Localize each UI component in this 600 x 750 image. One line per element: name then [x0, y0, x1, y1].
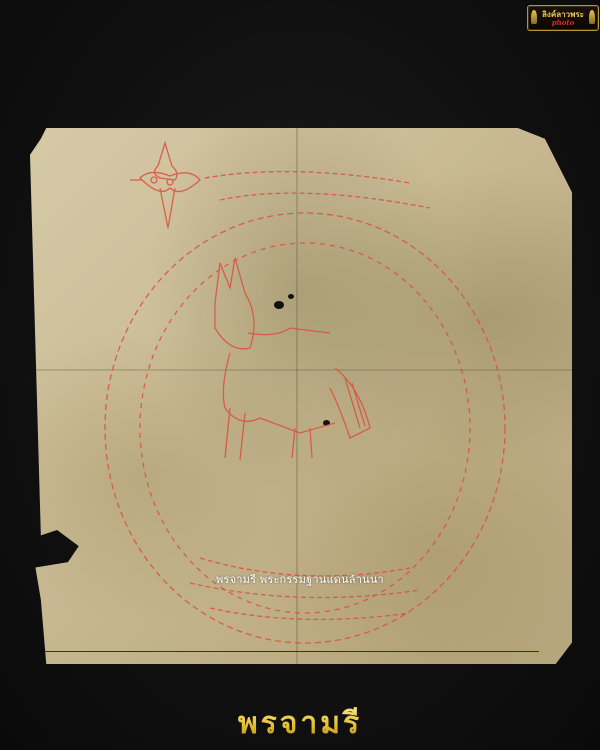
amulet-title: พรจามรี	[0, 700, 600, 747]
brand-logo-badge: ลิงค์ลาวพระ photo	[527, 5, 599, 31]
lotus-ornament-icon	[130, 143, 200, 228]
logo-bottom-text: photo	[552, 19, 575, 27]
watermark-caption: พรจามรี พระกรรมฐานแดนล้านนา	[0, 570, 600, 588]
